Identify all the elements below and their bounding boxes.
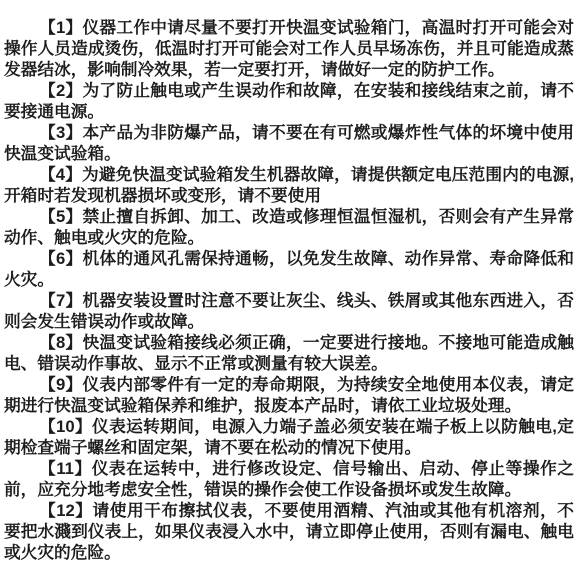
safety-item-5: 【5】禁止擅自拆卸、加工、改造或修理恒温恒湿机，否则会有产生异常动作、触电或火灾… (4, 206, 574, 248)
safety-item-7: 【7】机器安装设置时注意不要让灰尘、线头、铁屑或其他东西进入，否则会发生错误动作… (4, 290, 574, 332)
safety-item-11: 【11】仪表在运转中，进行修改设定、信号输出、启动、停止等操作之前，应充分地考虑… (4, 458, 574, 500)
safety-item-1: 【1】仪器工作中请尽量不要打开快温变试验箱门，高温时打开可能会对操作人员造成烫伤… (4, 17, 574, 80)
safety-item-9: 【9】仪表内部零件有一定的寿命期限，为持续安全地使用本仪表，请定期进行快温变试验… (4, 374, 574, 416)
safety-item-12: 【12】请使用干布擦拭仪表，不要使用酒精、汽油或其他有机溶剂，不要把水濺到仪表上… (4, 500, 574, 563)
safety-item-8: 【8】快温变试验箱接线必须正确，一定要进行接地。不接地可能造成触电、错误动作事故… (4, 332, 574, 374)
safety-item-6: 【6】机体的通风孔需保持通畅，以免发生故障、动作异常、寿命降低和火灾。 (4, 248, 574, 290)
safety-item-10: 【10】仪表运转期间，电源入力端子盖必须安装在端子板上以防触电,定期检查端子螺丝… (4, 416, 574, 458)
safety-item-2: 【2】为了防止触电或产生误动作和故障，在安装和接线结束之前，请不要接通电源。 (4, 80, 574, 122)
document-page: 【1】仪器工作中请尽量不要打开快温变试验箱门，高温时打开可能会对操作人员造成烫伤… (0, 0, 581, 579)
safety-item-3: 【3】本产品为非防爆产品，请不要在有可燃或爆炸性气体的坏境中使用快温变试验箱。 (4, 122, 574, 164)
safety-item-4: 【4】为避免快温变试验箱发生机器故障，请提供额定电压范围内的电源,开箱时若发现机… (4, 164, 574, 206)
